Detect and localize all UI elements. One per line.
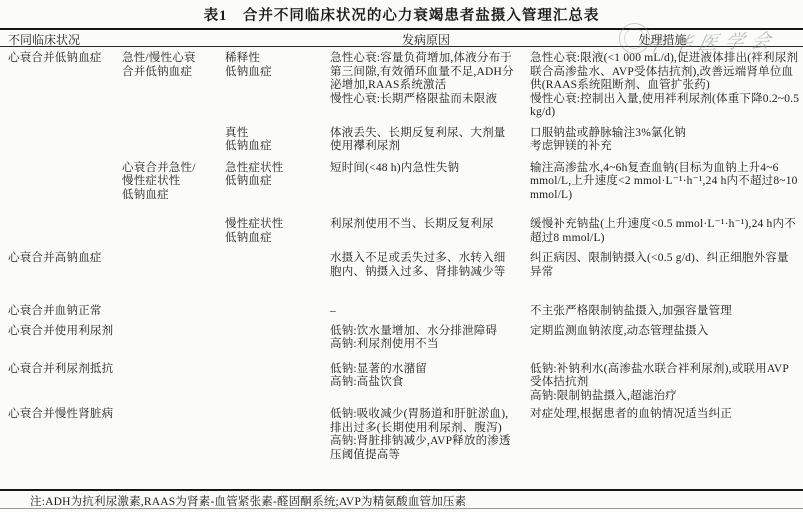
cell-management: 口服钠盐或静脉输注3%氯化钠 考虑钾镁的补充 [522,127,803,154]
cell-condition: 心衰合并利尿剂抵抗 [0,363,122,377]
cell-subtype: 急性/慢性心衰 合并低钠血症 [122,52,225,79]
cell-management: 纠正病因、限制钠摄入(<0.5 g/d)、纠正细胞外容量异常 [522,252,803,279]
cell-subsubtype: 稀释性 低钠血症 [225,52,330,79]
cell-management: 输注高渗盐水,4~6h复查血钠(目标为血钠上升4~6 mmol/L,上升速度<2… [522,162,803,203]
cell-management: 定期监测血钠浓度,动态管理盐摄入 [522,325,803,339]
cell-condition: 心衰合并血钠正常 [0,305,122,319]
table-row: 心衰合并利尿剂抵抗 低钠:显著的水潴留 高钠:高盐饮食 低钠:补钠利水(高渗盐水… [0,363,803,404]
cell-cause: 短时间(<48 h)内急性失钠 [330,162,522,176]
table-row: 心衰合并低钠血症 急性/慢性心衰 合并低钠血症 稀释性 低钠血症 急性心衰:容量… [0,52,803,120]
cell-management: 急性心衰:限液(<1 000 mL/d),促进液体排出(袢利尿剂联合高渗盐水、A… [522,52,803,120]
table-row: 心衰合并急性/ 慢性症状性 低钠血症 急性症状性 低钠血症 短时间(<48 h)… [0,162,803,203]
table-row: 心衰合并使用利尿剂 低钠:饮水量增加、水分排泄障碍 高钠:利尿剂使用不当 定期监… [0,325,803,352]
cell-condition: 心衰合并高钠血症 [0,252,122,266]
top-rule [0,28,803,30]
cell-condition: 心衰合并低钠血症 [0,52,122,66]
cell-subsubtype: 急性症状性 低钠血症 [225,162,330,189]
cell-cause: 低钠:显著的水潴留 高钠:高盐饮食 [330,363,522,390]
table-body: 心衰合并低钠血症 急性/慢性心衰 合并低钠血症 稀释性 低钠血症 急性心衰:容量… [0,52,803,462]
table-row: 心衰合并血钠正常 – 不主张严格限制钠盐摄入,加强容量管理 [0,305,803,319]
cell-management: 低钠:补钠利水(高渗盐水联合袢利尿剂),或联用AVP受体拮抗剂 高钠:限制钠盐摄… [522,363,803,404]
cell-management: 不主张严格限制钠盐摄入,加强容量管理 [522,305,803,319]
cell-subsubtype: 真性 低钠血症 [225,127,330,154]
header-rule [0,46,803,47]
bottom-rule [0,489,803,491]
cell-condition: 心衰合并慢性肾脏病 [0,408,122,422]
cell-management: 缓慢补充钠盐(上升速度<0.5 mmol·L⁻¹·h⁻¹),24 h内不超过8 … [522,218,803,245]
page-bottom-rule [0,508,803,509]
table-row: 心衰合并高钠血症 水摄入不足或丢失过多、水转入细胞内、钠摄入过多、肾排钠减少等 … [0,252,803,279]
table-row: 真性 低钠血症 体液丢失、长期反复利尿、大剂量使用襻利尿剂 口服钠盐或静脉输注3… [0,127,803,154]
table-title: 表1 合并不同临床状况的心力衰竭患者盐摄入管理汇总表 [0,4,803,25]
cell-cause: 急性心衰:容量负荷增加,体液分布于第三间隙,有效循环血量不足,ADH分泌增加,R… [330,52,522,106]
cell-cause: 低钠:吸收减少(胃肠道和肝脏淤血),排出过多(长期使用利尿剂、腹泻) 高钠:肾脏… [330,408,522,462]
cell-cause: – [330,305,522,319]
table-row: 心衰合并慢性肾脏病 低钠:吸收减少(胃肠道和肝脏淤血),排出过多(长期使用利尿剂… [0,408,803,462]
cell-subsubtype: 慢性症状性 低钠血症 [225,218,330,245]
cell-cause: 体液丢失、长期反复利尿、大剂量使用襻利尿剂 [330,127,522,154]
footnote: 注:ADH为抗利尿激素,RAAS为肾素-血管紧张素-醛固酮系统;AVP为精氨酸血… [30,493,466,509]
cell-cause: 水摄入不足或丢失过多、水转入细胞内、钠摄入过多、肾排钠减少等 [330,252,522,279]
table-row: 慢性症状性 低钠血症 利尿剂使用不当、长期反复利尿 缓慢补充钠盐(上升速度<0.… [0,218,803,245]
cell-subtype: 心衰合并急性/ 慢性症状性 低钠血症 [122,162,225,203]
cell-management: 对症处理,根据患者的血钠情况适当纠正 [522,408,803,422]
cell-cause: 低钠:饮水量增加、水分排泄障碍 高钠:利尿剂使用不当 [330,325,522,352]
cell-cause: 利尿剂使用不当、长期反复利尿 [330,218,522,232]
journal-table-page: 表1 合并不同临床状况的心力衰竭患者盐摄入管理汇总表 不同临床状况 发病原因 处… [0,0,803,512]
cell-condition: 心衰合并使用利尿剂 [0,325,122,339]
